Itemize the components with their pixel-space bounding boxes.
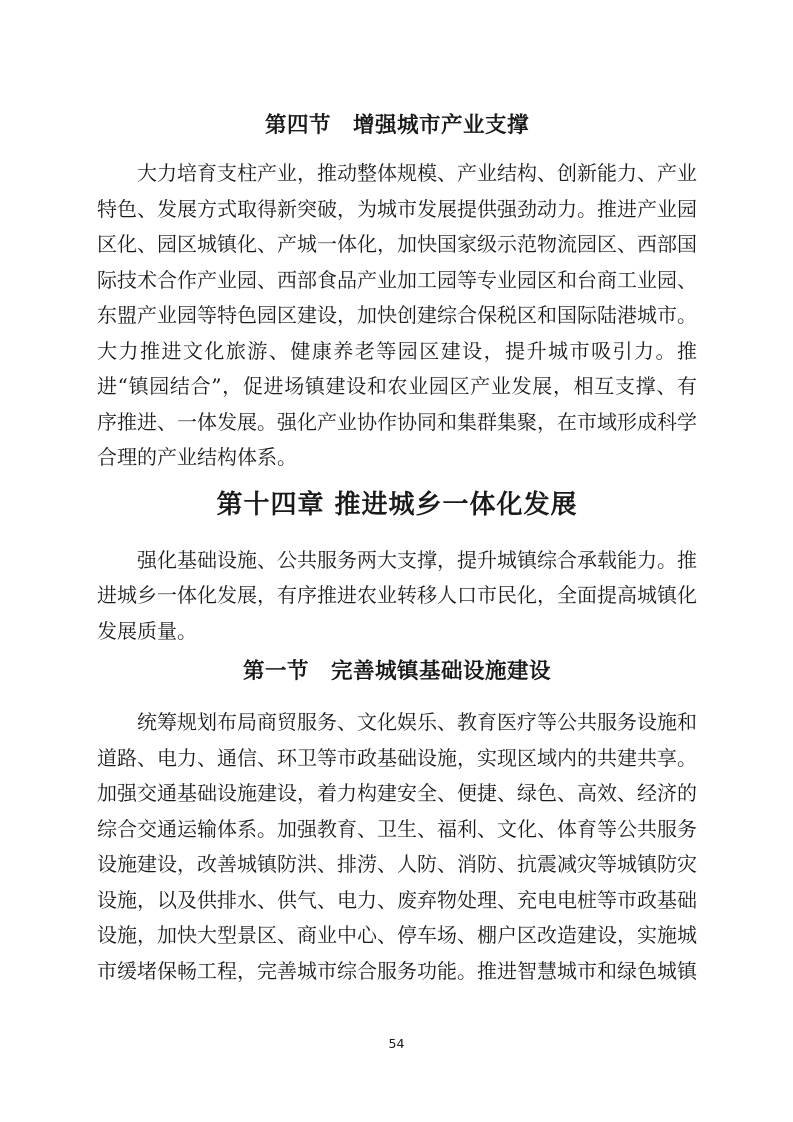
section-4-paragraph: 大力培育支柱产业，推动整体规模、产业结构、创新能力、产业特色、发展方式取得新突破…	[97, 156, 697, 476]
page-content: 第四节 增强城市产业支撑 大力培育支柱产业，推动整体规模、产业结构、创新能力、产…	[97, 0, 697, 989]
chapter-14-intro-paragraph: 强化基础设施、公共服务两大支撑，提升城镇综合承载能力。推进城乡一体化发展，有序推…	[97, 543, 697, 650]
chapter-heading-14: 第十四章 推进城乡一体化发展	[97, 488, 697, 522]
page-number: 54	[0, 1036, 793, 1051]
section-heading-4: 第四节 增强城市产业支撑	[97, 112, 697, 140]
section-1-paragraph: 统筹规划布局商贸服务、文化娱乐、教育医疗等公共服务设施和道路、电力、通信、环卫等…	[97, 705, 697, 989]
section-heading-1: 第一节 完善城镇基础设施建设	[97, 658, 697, 686]
document-page: 第四节 增强城市产业支撑 大力培育支柱产业，推动整体规模、产业结构、创新能力、产…	[0, 0, 793, 1122]
